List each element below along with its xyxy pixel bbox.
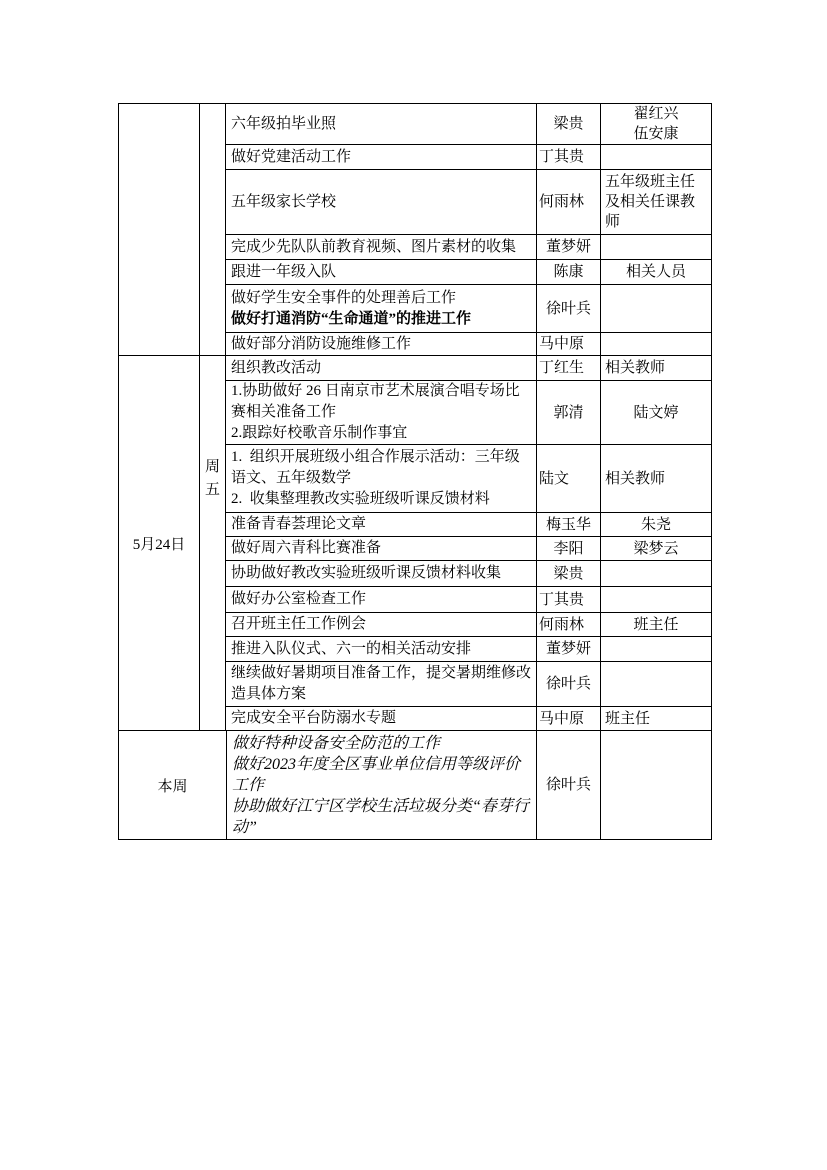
task-line: 做好党建活动工作 [231, 147, 533, 168]
table-row: 完成少先队队前教育视频、图片素材的收集董梦妍 [226, 235, 711, 260]
related-name: 班主任 [633, 615, 678, 635]
table-row: 完成安全平台防溺水专题马中原班主任 [226, 707, 711, 730]
task-line: 准备青春荟理论文章 [231, 514, 533, 535]
related-name: 梁梦云 [633, 539, 678, 559]
person-name: 何雨林 [539, 615, 584, 635]
person-name: 何雨林 [539, 192, 584, 212]
person-cell: 陆文 [537, 445, 601, 512]
weekly-schedule-table: 六年级拍毕业照梁贵翟红兴伍安康做好党建活动工作丁其贵五年级家长学校何雨林五年级班… [118, 103, 712, 840]
related-name: 相关教师 [605, 469, 665, 489]
date-cell: 5月24日 [119, 356, 200, 730]
table-row: 做好部分消防设施维修工作马中原 [226, 333, 711, 355]
person-cell: 徐叶兵 [537, 285, 601, 332]
task-line: 组织教改活动 [231, 358, 533, 379]
task-line: 做好2023年度全区事业单位信用等级评价工作 [232, 754, 533, 796]
person-cell: 马中原 [537, 333, 601, 355]
task-cell: 准备青春荟理论文章 [226, 513, 537, 536]
table-section: 六年级拍毕业照梁贵翟红兴伍安康做好党建活动工作丁其贵五年级家长学校何雨林五年级班… [119, 104, 711, 355]
related-cell [601, 235, 711, 259]
related-cell: 梁梦云 [601, 537, 711, 560]
table-row: 1. 组织开展班级小组合作展示活动：三年级语文、五年级数学2. 收集整理教改实验… [226, 445, 711, 513]
task-cell: 做好部分消防设施维修工作 [226, 333, 537, 355]
table-row: 跟进一年级入队陈康相关人员 [226, 260, 711, 285]
task-line: 六年级拍毕业照 [231, 114, 533, 135]
related-cell [601, 662, 711, 706]
task-rows: 做好特种设备安全防范的工作做好2023年度全区事业单位信用等级评价工作协助做好江… [227, 731, 711, 839]
task-cell: 组织教改活动 [226, 356, 537, 380]
task-line: 2.跟踪好校歌音乐制作事宜 [231, 423, 533, 444]
person-name: 陈康 [553, 262, 583, 282]
task-line: 召开班主任工作例会 [231, 614, 533, 635]
table-row: 推进入队仪式、六一的相关活动安排董梦妍 [226, 637, 711, 662]
person-name: 马中原 [539, 709, 584, 729]
day-label-char: 周 [205, 456, 220, 479]
date-label: 5月24日 [133, 533, 186, 554]
person-cell: 郭清 [537, 381, 601, 444]
person-name: 徐叶兵 [546, 674, 591, 694]
related-name: 朱尧 [641, 515, 671, 535]
person-name: 丁其贵 [539, 590, 584, 610]
table-row: 继续做好暑期项目准备工作，提交暑期维修改造具体方案徐叶兵 [226, 662, 711, 707]
table-row: 做好党建活动工作丁其贵 [226, 145, 711, 170]
table-row: 协助做好教改实验班级听课反馈材料收集梁贵 [226, 561, 711, 587]
related-cell [601, 587, 711, 612]
table-row: 做好特种设备安全防范的工作做好2023年度全区事业单位信用等级评价工作协助做好江… [227, 731, 711, 839]
task-cell: 完成少先队队前教育视频、图片素材的收集 [226, 235, 537, 259]
task-cell: 做好周六青科比赛准备 [226, 537, 537, 560]
person-name: 董梦妍 [546, 639, 591, 659]
related-cell [601, 637, 711, 661]
table-row: 做好学生安全事件的处理善后工作做好打通消防“生命通道”的推进工作徐叶兵 [226, 285, 711, 333]
task-cell: 协助做好教改实验班级听课反馈材料收集 [226, 561, 537, 586]
table-row: 五年级家长学校何雨林五年级班主任及相关任课教师 [226, 170, 711, 235]
task-cell: 做好办公室检查工作 [226, 587, 537, 612]
related-cell: 五年级班主任及相关任课教师 [601, 170, 711, 234]
person-name: 丁红生 [539, 358, 584, 378]
person-cell: 徐叶兵 [537, 662, 601, 706]
person-cell: 丁红生 [537, 356, 601, 380]
person-name: 郭清 [553, 403, 583, 423]
task-line: 五年级家长学校 [231, 192, 533, 213]
person-name: 李阳 [553, 539, 583, 559]
task-cell: 跟进一年级入队 [226, 260, 537, 284]
person-cell: 董梦妍 [537, 235, 601, 259]
task-line: 做好特种设备安全防范的工作 [232, 733, 533, 754]
task-line: 1.协助做好 26 日南京市艺术展演合唱专场比赛相关准备工作 [231, 381, 533, 423]
task-line: 完成少先队队前教育视频、图片素材的收集 [231, 237, 533, 258]
task-line: 做好周六青科比赛准备 [231, 538, 533, 559]
related-cell [601, 731, 711, 839]
person-cell: 董梦妍 [537, 637, 601, 661]
person-cell: 梁贵 [537, 561, 601, 586]
day-label-char: 五 [205, 479, 220, 502]
person-name: 陆文 [539, 469, 569, 489]
related-cell [601, 333, 711, 355]
related-cell [601, 561, 711, 586]
document-page: 六年级拍毕业照梁贵翟红兴伍安康做好党建活动工作丁其贵五年级家长学校何雨林五年级班… [0, 0, 827, 1170]
task-line: 1. 组织开展班级小组合作展示活动：三年级语文、五年级数学 [231, 447, 533, 489]
person-cell: 梅玉华 [537, 513, 601, 536]
person-cell: 陈康 [537, 260, 601, 284]
day-cell: 周五 [200, 356, 226, 730]
task-line: 协助做好教改实验班级听课反馈材料收集 [231, 563, 533, 584]
table-row: 组织教改活动丁红生相关教师 [226, 356, 711, 381]
related-cell: 相关人员 [601, 260, 711, 284]
task-line: 做好办公室检查工作 [231, 589, 533, 610]
task-cell: 五年级家长学校 [226, 170, 537, 234]
task-line: 推进入队仪式、六一的相关活动安排 [231, 639, 533, 660]
related-cell: 朱尧 [601, 513, 711, 536]
related-name: 翟红兴 [633, 104, 678, 124]
person-cell: 徐叶兵 [537, 731, 601, 839]
table-section: 5月24日周五组织教改活动丁红生相关教师1.协助做好 26 日南京市艺术展演合唱… [119, 355, 711, 730]
date-label: 本周 [157, 775, 187, 796]
table-row: 做好办公室检查工作丁其贵 [226, 587, 711, 613]
related-cell: 陆文婷 [601, 381, 711, 444]
task-cell: 六年级拍毕业照 [226, 104, 537, 144]
table-row: 召开班主任工作例会何雨林班主任 [226, 613, 711, 637]
task-cell: 1. 组织开展班级小组合作展示活动：三年级语文、五年级数学2. 收集整理教改实验… [226, 445, 537, 512]
task-line: 做好学生安全事件的处理善后工作 [231, 288, 533, 309]
related-name: 伍安康 [633, 124, 678, 144]
person-cell: 何雨林 [537, 613, 601, 636]
task-line: 做好打通消防“生命通道”的推进工作 [231, 309, 533, 330]
person-name: 马中原 [539, 334, 584, 354]
related-cell [601, 285, 711, 332]
table-row: 1.协助做好 26 日南京市艺术展演合唱专场比赛相关准备工作2.跟踪好校歌音乐制… [226, 381, 711, 445]
person-name: 梅玉华 [546, 515, 591, 535]
related-cell: 班主任 [601, 613, 711, 636]
person-name: 徐叶兵 [546, 299, 591, 319]
related-cell [601, 145, 711, 169]
task-cell: 推进入队仪式、六一的相关活动安排 [226, 637, 537, 661]
task-line: 2. 收集整理教改实验班级听课反馈材料 [231, 489, 533, 510]
task-rows: 组织教改活动丁红生相关教师1.协助做好 26 日南京市艺术展演合唱专场比赛相关准… [226, 356, 711, 730]
date-cell: 本周 [119, 731, 227, 839]
task-cell: 做好特种设备安全防范的工作做好2023年度全区事业单位信用等级评价工作协助做好江… [227, 731, 537, 839]
task-line: 做好部分消防设施维修工作 [231, 334, 533, 355]
person-cell: 梁贵 [537, 104, 601, 144]
related-name: 陆文婷 [633, 403, 678, 423]
related-cell: 相关教师 [601, 445, 711, 512]
task-cell: 召开班主任工作例会 [226, 613, 537, 636]
task-line: 协助做好江宁区学校生活垃圾分类“春芽行动” [232, 796, 533, 838]
related-cell: 班主任 [601, 707, 711, 730]
person-name: 丁其贵 [539, 147, 584, 167]
table-row: 准备青春荟理论文章梅玉华朱尧 [226, 513, 711, 537]
related-cell: 相关教师 [601, 356, 711, 380]
date-cell [119, 104, 200, 355]
person-cell: 李阳 [537, 537, 601, 560]
table-section: 本周做好特种设备安全防范的工作做好2023年度全区事业单位信用等级评价工作协助做… [119, 730, 711, 839]
table-row: 六年级拍毕业照梁贵翟红兴伍安康 [226, 104, 711, 145]
related-name: 相关教师 [605, 358, 665, 378]
related-name: 相关人员 [626, 262, 686, 282]
task-line: 继续做好暑期项目准备工作，提交暑期维修改造具体方案 [231, 663, 533, 705]
task-cell: 做好党建活动工作 [226, 145, 537, 169]
person-cell: 丁其贵 [537, 145, 601, 169]
person-name: 董梦妍 [546, 237, 591, 257]
task-cell: 做好学生安全事件的处理善后工作做好打通消防“生命通道”的推进工作 [226, 285, 537, 332]
task-cell: 完成安全平台防溺水专题 [226, 707, 537, 730]
task-rows: 六年级拍毕业照梁贵翟红兴伍安康做好党建活动工作丁其贵五年级家长学校何雨林五年级班… [226, 104, 711, 355]
person-name: 徐叶兵 [546, 775, 591, 795]
table-row: 做好周六青科比赛准备李阳梁梦云 [226, 537, 711, 561]
task-line: 跟进一年级入队 [231, 262, 533, 283]
task-cell: 继续做好暑期项目准备工作，提交暑期维修改造具体方案 [226, 662, 537, 706]
task-cell: 1.协助做好 26 日南京市艺术展演合唱专场比赛相关准备工作2.跟踪好校歌音乐制… [226, 381, 537, 444]
related-name: 五年级班主任及相关任课教师 [605, 172, 709, 232]
person-name: 梁贵 [553, 564, 583, 584]
related-cell: 翟红兴伍安康 [601, 104, 711, 144]
task-line: 完成安全平台防溺水专题 [231, 708, 533, 729]
person-cell: 何雨林 [537, 170, 601, 234]
person-name: 梁贵 [553, 114, 583, 134]
related-name: 班主任 [605, 709, 650, 729]
person-cell: 丁其贵 [537, 587, 601, 612]
person-cell: 马中原 [537, 707, 601, 730]
day-cell [200, 104, 226, 355]
